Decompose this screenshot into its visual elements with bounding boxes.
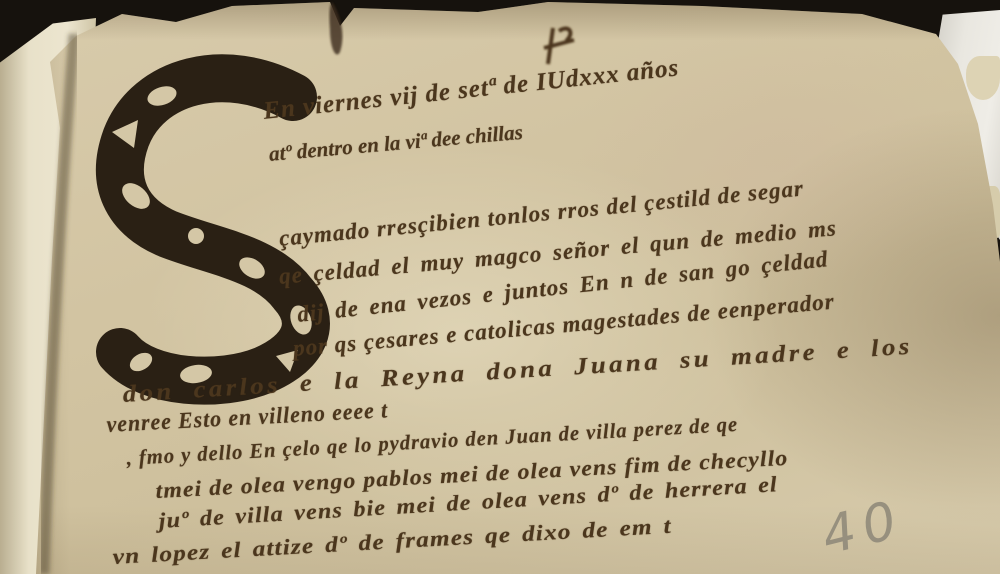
top-edge-pen-mark <box>544 28 574 64</box>
manuscript-photo: S En viernes vij de setª de IUdxxx años … <box>0 0 1000 574</box>
top-edge-ink-stain <box>329 2 342 55</box>
gutter-shadow <box>44 34 74 574</box>
